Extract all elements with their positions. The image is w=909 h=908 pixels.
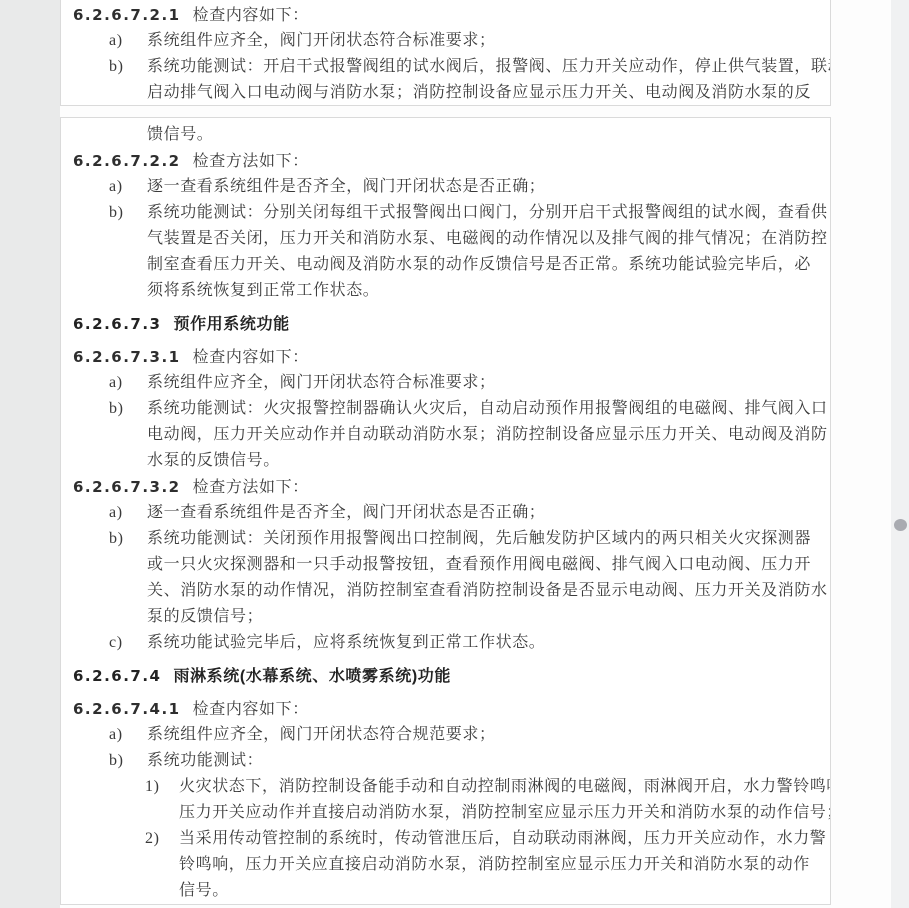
list-item-line: b)系统功能测试：分别关闭每组干式报警阀出口阀门，分别开启干式报警阀组的试水阀，… bbox=[61, 200, 830, 226]
list-text: 须将系统恢复到正常工作状态。 bbox=[147, 282, 379, 299]
list-item-line: b)系统功能测试：火灾报警控制器确认火灾后，自动启动预作用报警阀组的电磁阀、排气… bbox=[61, 396, 830, 422]
section-number: 6.2.6.7.3.2 bbox=[73, 478, 181, 496]
list-marker: c) bbox=[109, 630, 147, 656]
list-item-line: a)逐一查看系统组件是否齐全，阀门开闭状态是否正确； bbox=[61, 500, 830, 526]
continuation-line: 或一只火灾探测器和一只手动报警按钮，查看预作用阀电磁阀、排气阀入口电动阀、压力开 bbox=[61, 552, 830, 578]
list-text: 系统功能测试：关闭预作用报警阀出口控制阀，先后触发防护区域内的两只相关火灾探测器 bbox=[147, 530, 811, 547]
document-viewer: 6.2.6.7.2.1检查内容如下： a)系统组件应齐全，阀门开闭状态符合标准要… bbox=[60, 0, 891, 908]
list-text: 火灾状态下，消防控制设备能手动和自动控制雨淋阀的电磁阀，雨淋阀开启，水力警铃鸣响… bbox=[179, 778, 831, 795]
list-marker: a) bbox=[109, 28, 147, 54]
continuation-line: 信号。 bbox=[61, 878, 830, 904]
scrollbar-thumb[interactable] bbox=[894, 519, 907, 531]
continuation-line: 启动排气阀入口电动阀与消防水泵；消防控制设备应显示压力开关、电动阀及消防水泵的反 bbox=[61, 80, 830, 106]
list-text: 关、消防水泵的动作情况，消防控制室查看消防控制设备是否显示电动阀、压力开关及消防… bbox=[147, 582, 828, 599]
list-text: 铃鸣响，压力开关应直接启动消防水泵，消防控制室应显示压力开关和消防水泵的动作 bbox=[179, 856, 810, 873]
list-marker: a) bbox=[109, 370, 147, 396]
section-title: 检查内容如下： bbox=[193, 7, 309, 24]
section-title: 预作用系统功能 bbox=[173, 316, 289, 333]
list-text: 逐一查看系统组件是否齐全，阀门开闭状态是否正确； bbox=[147, 178, 545, 195]
continuation-line: 电动阀，压力开关应动作并自动联动消防水泵；消防控制设备应显示压力开关、电动阀及消… bbox=[61, 422, 830, 448]
list-marker: a) bbox=[109, 174, 147, 200]
list-text: 电动阀，压力开关应动作并自动联动消防水泵；消防控制设备应显示压力开关、电动阀及消… bbox=[147, 426, 828, 443]
list-marker: b) bbox=[109, 396, 147, 422]
list-text: 水泵的反馈信号。 bbox=[147, 452, 280, 469]
section-number: 6.2.6.7.2.1 bbox=[73, 6, 181, 24]
continuation-line: 制室查看压力开关、电动阀及消防水泵的动作反馈信号是否正常。系统功能试验完毕后，必 bbox=[61, 252, 830, 278]
list-text: 逐一查看系统组件是否齐全，阀门开闭状态是否正确； bbox=[147, 504, 545, 521]
list-text: 制室查看压力开关、电动阀及消防水泵的动作反馈信号是否正常。系统功能试验完毕后，必 bbox=[147, 256, 811, 273]
scrollbar-track[interactable] bbox=[891, 0, 909, 908]
list-item-line: b)系统功能测试： bbox=[61, 748, 830, 774]
list-text: 系统功能测试：分别关闭每组干式报警阀出口阀门，分别开启干式报警阀组的试水阀，查看… bbox=[147, 204, 828, 221]
continuation-line: 压力开关应动作并直接启动消防水泵，消防控制室应显示压力开关和消防水泵的动作信号； bbox=[61, 800, 830, 826]
list-item-line: b)系统功能测试：关闭预作用报警阀出口控制阀，先后触发防护区域内的两只相关火灾探… bbox=[61, 526, 830, 552]
section-number: 6.2.6.7.4.1 bbox=[73, 700, 181, 718]
list-text: 馈信号。 bbox=[147, 126, 213, 143]
list-marker: a) bbox=[109, 500, 147, 526]
list-item-line: a)逐一查看系统组件是否齐全，阀门开闭状态是否正确； bbox=[61, 174, 830, 200]
list-text: 系统组件应齐全，阀门开闭状态符合标准要求； bbox=[147, 32, 496, 49]
list-marker: b) bbox=[109, 748, 147, 774]
list-marker: b) bbox=[109, 526, 147, 552]
list-text: 启动排气阀入口电动阀与消防水泵；消防控制设备应显示压力开关、电动阀及消防水泵的反 bbox=[147, 84, 811, 101]
list-text: 或一只火灾探测器和一只手动报警按钮，查看预作用阀电磁阀、排气阀入口电动阀、压力开 bbox=[147, 556, 811, 573]
list-text: 系统功能测试： bbox=[147, 752, 263, 769]
continuation-line: 水泵的反馈信号。 bbox=[61, 448, 830, 474]
section-line: 6.2.6.7.4.1检查内容如下： bbox=[61, 696, 830, 722]
page-1: 6.2.6.7.2.1检查内容如下： a)系统组件应齐全，阀门开闭状态符合标准要… bbox=[60, 0, 831, 106]
list-text: 信号。 bbox=[179, 882, 229, 899]
list-text: 当采用传动管控制的系统时，传动管泄压后，自动联动雨淋阀，压力开关应动作，水力警 bbox=[179, 830, 826, 847]
sublist-item-line: 2)当采用传动管控制的系统时，传动管泄压后，自动联动雨淋阀，压力开关应动作，水力… bbox=[61, 826, 830, 852]
list-text: 系统功能试验完毕后，应将系统恢复到正常工作状态。 bbox=[147, 634, 545, 651]
list-text: 气装置是否关闭，压力开关和消防水泵、电磁阀的动作情况以及排气阀的排气情况；在消防… bbox=[147, 230, 828, 247]
section-line: 6.2.6.7.3.2检查方法如下： bbox=[61, 474, 830, 500]
section-heading: 6.2.6.7.4雨淋系统(水幕系统、水喷雾系统)功能 bbox=[61, 663, 830, 689]
section-number: 6.2.6.7.4 bbox=[73, 667, 161, 685]
list-text: 泵的反馈信号； bbox=[147, 608, 263, 625]
section-title: 检查内容如下： bbox=[193, 349, 309, 366]
sublist-item-line: 1)火灾状态下，消防控制设备能手动和自动控制雨淋阀的电磁阀，雨淋阀开启，水力警铃… bbox=[61, 774, 830, 800]
continuation-line: 馈信号。 bbox=[61, 122, 830, 148]
section-line: 6.2.6.7.2.1检查内容如下： bbox=[61, 2, 830, 28]
section-title: 检查内容如下： bbox=[193, 701, 309, 718]
list-marker: a) bbox=[109, 722, 147, 748]
continuation-line: 铃鸣响，压力开关应直接启动消防水泵，消防控制室应显示压力开关和消防水泵的动作 bbox=[61, 852, 830, 878]
list-marker: 2) bbox=[145, 826, 179, 852]
list-item-line: c)系统功能试验完毕后，应将系统恢复到正常工作状态。 bbox=[61, 630, 830, 656]
section-line: 6.2.6.7.3.1检查内容如下： bbox=[61, 344, 830, 370]
page-2: 馈信号。 6.2.6.7.2.2检查方法如下： a)逐一查看系统组件是否齐全，阀… bbox=[60, 117, 831, 905]
list-marker: 1) bbox=[145, 774, 179, 800]
continuation-line: 关、消防水泵的动作情况，消防控制室查看消防控制设备是否显示电动阀、压力开关及消防… bbox=[61, 578, 830, 604]
section-line: 6.2.6.7.2.2检查方法如下： bbox=[61, 148, 830, 174]
continuation-line: 泵的反馈信号； bbox=[61, 604, 830, 630]
list-text: 系统功能测试：开启干式报警阀组的试水阀后，报警阀、压力开关应动作，停止供气装置，… bbox=[147, 58, 831, 75]
list-marker: b) bbox=[109, 54, 147, 80]
list-text: 压力开关应动作并直接启动消防水泵，消防控制室应显示压力开关和消防水泵的动作信号； bbox=[179, 804, 831, 821]
list-text: 系统组件应齐全，阀门开闭状态符合标准要求； bbox=[147, 374, 496, 391]
section-title: 检查方法如下： bbox=[193, 153, 309, 170]
list-text: 系统组件应齐全，阀门开闭状态符合规范要求； bbox=[147, 726, 496, 743]
section-heading: 6.2.6.7.3预作用系统功能 bbox=[61, 311, 830, 337]
section-title: 检查方法如下： bbox=[193, 479, 309, 496]
section-title: 雨淋系统(水幕系统、水喷雾系统)功能 bbox=[173, 668, 450, 685]
list-item-line: a)系统组件应齐全，阀门开闭状态符合标准要求； bbox=[61, 370, 830, 396]
list-text: 系统功能测试：火灾报警控制器确认火灾后，自动启动预作用报警阀组的电磁阀、排气阀入… bbox=[147, 400, 828, 417]
section-number: 6.2.6.7.3.1 bbox=[73, 348, 181, 366]
list-item-line: a)系统组件应齐全，阀门开闭状态符合标准要求； bbox=[61, 28, 830, 54]
section-number: 6.2.6.7.2.2 bbox=[73, 152, 181, 170]
list-item-line: a)系统组件应齐全，阀门开闭状态符合规范要求； bbox=[61, 722, 830, 748]
section-number: 6.2.6.7.3 bbox=[73, 315, 161, 333]
continuation-line: 气装置是否关闭，压力开关和消防水泵、电磁阀的动作情况以及排气阀的排气情况；在消防… bbox=[61, 226, 830, 252]
list-marker: b) bbox=[109, 200, 147, 226]
list-item-line: b)系统功能测试：开启干式报警阀组的试水阀后，报警阀、压力开关应动作，停止供气装… bbox=[61, 54, 830, 80]
continuation-line: 须将系统恢复到正常工作状态。 bbox=[61, 278, 830, 304]
